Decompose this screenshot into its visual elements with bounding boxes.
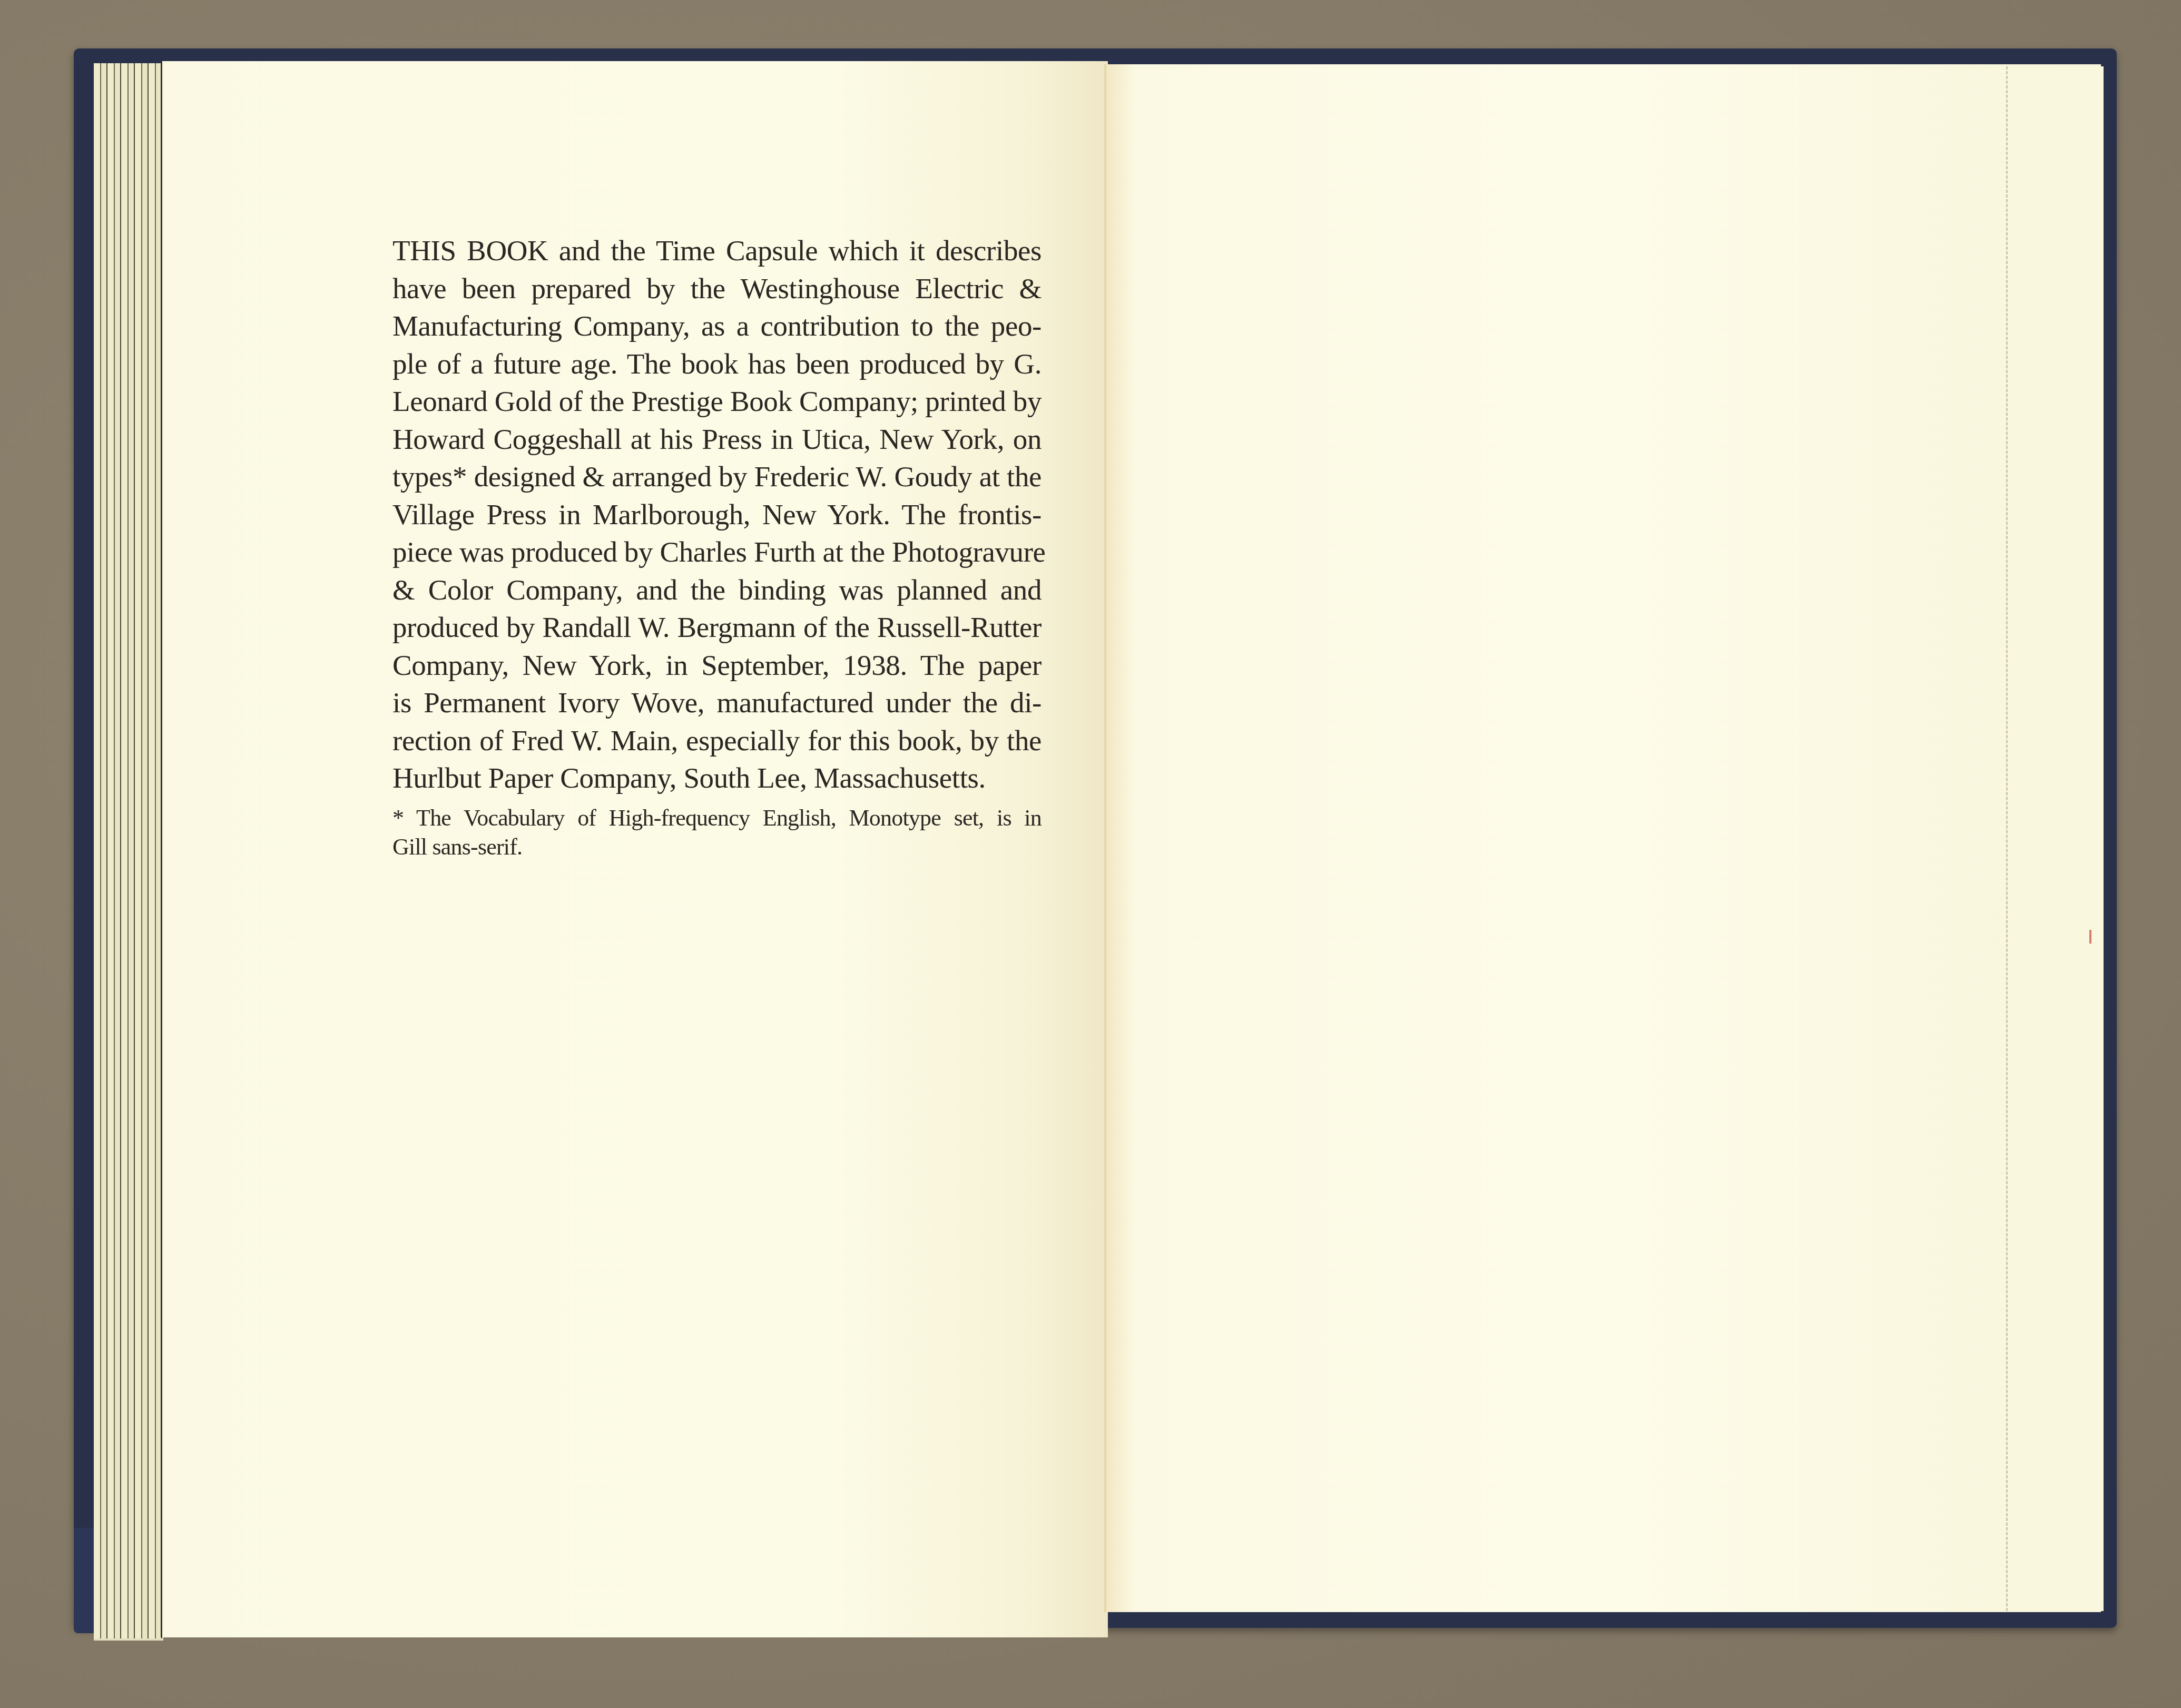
red-mark	[2089, 930, 2091, 944]
colophon-line: rection of Fred W. Main, especially for …	[392, 722, 1042, 760]
colophon-line: is Permanent Ivory Wove, manufactured un…	[392, 684, 1042, 722]
right-page	[1105, 64, 2101, 1612]
colophon-line: Manufacturing Company, as a contribution…	[392, 307, 1042, 345]
footnote-line: * The Vocabulary of High-frequency Engli…	[392, 803, 1042, 832]
colophon-line: Leonard Gold of the Prestige Book Compan…	[392, 382, 1042, 420]
colophon-line: piece was produced by Charles Furth at t…	[392, 533, 1042, 571]
colophon-line: have been prepared by the Westinghouse E…	[392, 270, 1042, 308]
colophon-line: ple of a future age. The book has been p…	[392, 345, 1042, 383]
page-stack-edge	[94, 63, 163, 1641]
colophon-line: Village Press in Marlborough, New York. …	[392, 496, 1042, 534]
colophon-line: Howard Coggeshall at his Press in Utica,…	[392, 420, 1042, 458]
colophon-line: Hurlbut Paper Company, South Lee, Massac…	[392, 759, 1042, 797]
footnote: * The Vocabulary of High-frequency Engli…	[392, 803, 1042, 861]
gutter	[1104, 64, 1106, 1612]
colophon-line: Company, New York, in September, 1938. T…	[392, 646, 1042, 684]
colophon-text-block: THIS BOOK and the Time Capsule which it …	[392, 232, 1042, 861]
colophon-line: produced by Randall W. Bergmann of the R…	[392, 608, 1042, 646]
colophon-paragraph: THIS BOOK and the Time Capsule which it …	[392, 232, 1042, 797]
deckle-edge-leaf	[2006, 66, 2104, 1611]
colophon-line: THIS BOOK and the Time Capsule which it …	[392, 232, 1042, 270]
colophon-line: & Color Company, and the binding was pla…	[392, 571, 1042, 609]
colophon-line: types* designed & arranged by Frederic W…	[392, 458, 1042, 496]
footnote-line: Gill sans-serif.	[392, 832, 1042, 861]
